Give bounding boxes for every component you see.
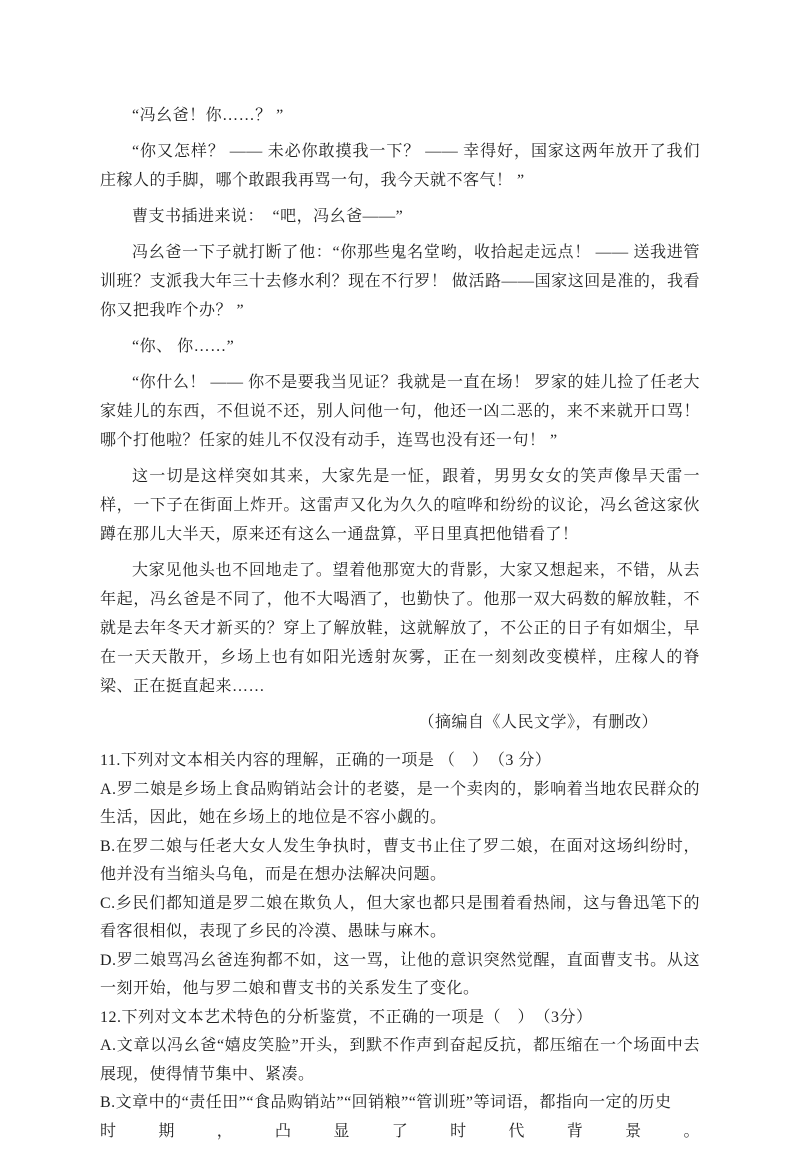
option-label: A. [100, 781, 117, 798]
question-stem-text: 下列对文本相关内容的理解，正确的一项是 （ ） （3 分） [121, 752, 552, 769]
option-label: C. [100, 895, 116, 912]
passage-paragraph: “你又怎样？ —— 未必你敢摸我一下？ —— 幸得好，国家这两年放开了我们庄稼人… [100, 137, 700, 195]
question-11-option-c: C.乡民们都知道是罗二娘在欺负人，但大家也都只是围着看热闹，这与鲁迅笔下的看客很… [100, 890, 700, 947]
option-label: B. [100, 1094, 116, 1111]
question-12-option-b: B.文章中的“责任田”“食品购销站”“回销粮”“管训班”等词语，都指向一定的历史 [100, 1089, 700, 1118]
passage-paragraph: “你、 你……” [100, 332, 700, 361]
questions-section: 11.下列对文本相关内容的理解，正确的一项是 （ ） （3 分） A.罗二娘是乡… [100, 747, 700, 1146]
passage-paragraph: 这一切是这样突如其来，大家先是一怔，跟着，男男女女的笑声像旱天雷一样，一下子在街… [100, 462, 700, 549]
option-text: 文章中的“责任田”“食品购销站”“回销粮”“管训班”等词语，都指向一定的历史 [116, 1094, 672, 1111]
option-text: 在罗二娘与任老大女人发生争执时，曹支书止住了罗二娘，在面对这场纠纷时，他并没有当… [100, 838, 700, 884]
question-number: 11. [100, 752, 121, 769]
question-11-option-d: D.罗二娘骂冯幺爸连狗都不如，这一骂，让他的意识突然觉醒，直面曹支书。从这一刻开… [100, 947, 700, 1004]
exam-page: “冯幺爸！你……？ ” “你又怎样？ —— 未必你敢摸我一下？ —— 幸得好，国… [0, 0, 800, 1172]
option-text: 乡民们都知道是罗二娘在欺负人，但大家也都只是围着看热闹，这与鲁迅笔下的看客很相似… [100, 895, 700, 941]
question-number: 12. [100, 1009, 122, 1026]
question-12-option-a: A.文章以冯幺爸“嬉皮笑脸”开头，到默不作声到奋起反抗，都压缩在一个场面中去展现… [100, 1032, 700, 1089]
question-11-stem: 11.下列对文本相关内容的理解，正确的一项是 （ ） （3 分） [100, 747, 700, 776]
option-text: 罗二娘骂冯幺爸连狗都不如，这一骂，让他的意识突然觉醒，直面曹支书。从这一刻开始，… [100, 952, 700, 998]
question-11-option-a: A.罗二娘是乡场上食品购销站会计的老婆，是一个卖肉的，影响着当地农民群众的生活，… [100, 776, 700, 833]
question-12-option-b-lastline: 时期，凸显了时代背景。 [100, 1118, 700, 1147]
option-label: D. [100, 952, 117, 969]
option-label: B. [100, 838, 116, 855]
passage-paragraph: 曹支书插进来说： “吧，冯幺爸——” [100, 202, 700, 231]
option-text: 罗二娘是乡场上食品购销站会计的老婆，是一个卖肉的，影响着当地农民群众的生活，因此… [100, 781, 700, 827]
question-12-stem: 12.下列对文本艺术特色的分析鉴赏，不正确的一项是（ ） （3分） [100, 1004, 700, 1033]
passage-paragraph: “你什么！ —— 你不是要我当见证？我就是一直在场！ 罗家的娃儿捡了任老大家娃儿… [100, 368, 700, 455]
question-11-option-b: B.在罗二娘与任老大女人发生争执时，曹支书止住了罗二娘，在面对这场纠纷时，他并没… [100, 833, 700, 890]
passage-attribution: （摘编自《人民文学》，有删改） [100, 708, 700, 737]
passage-paragraph: 大家见他头也不回地走了。望着他那宽大的背影，大家又想起来，不错，从去年起，冯幺爸… [100, 556, 700, 701]
reading-passage: “冯幺爸！你……？ ” “你又怎样？ —— 未必你敢摸我一下？ —— 幸得好，国… [100, 101, 700, 737]
passage-paragraph: “冯幺爸！你……？ ” [100, 101, 700, 130]
option-label: A. [100, 1037, 117, 1054]
question-stem-text: 下列对文本艺术特色的分析鉴赏，不正确的一项是（ ） （3分） [122, 1009, 593, 1026]
option-text: 文章以冯幺爸“嬉皮笑脸”开头，到默不作声到奋起反抗，都压缩在一个场面中去展现，使… [100, 1037, 700, 1083]
passage-paragraph: 冯幺爸一下子就打断了他：“你那些鬼名堂哟，收拾起走远点！ —— 送我进管训班？支… [100, 238, 700, 325]
